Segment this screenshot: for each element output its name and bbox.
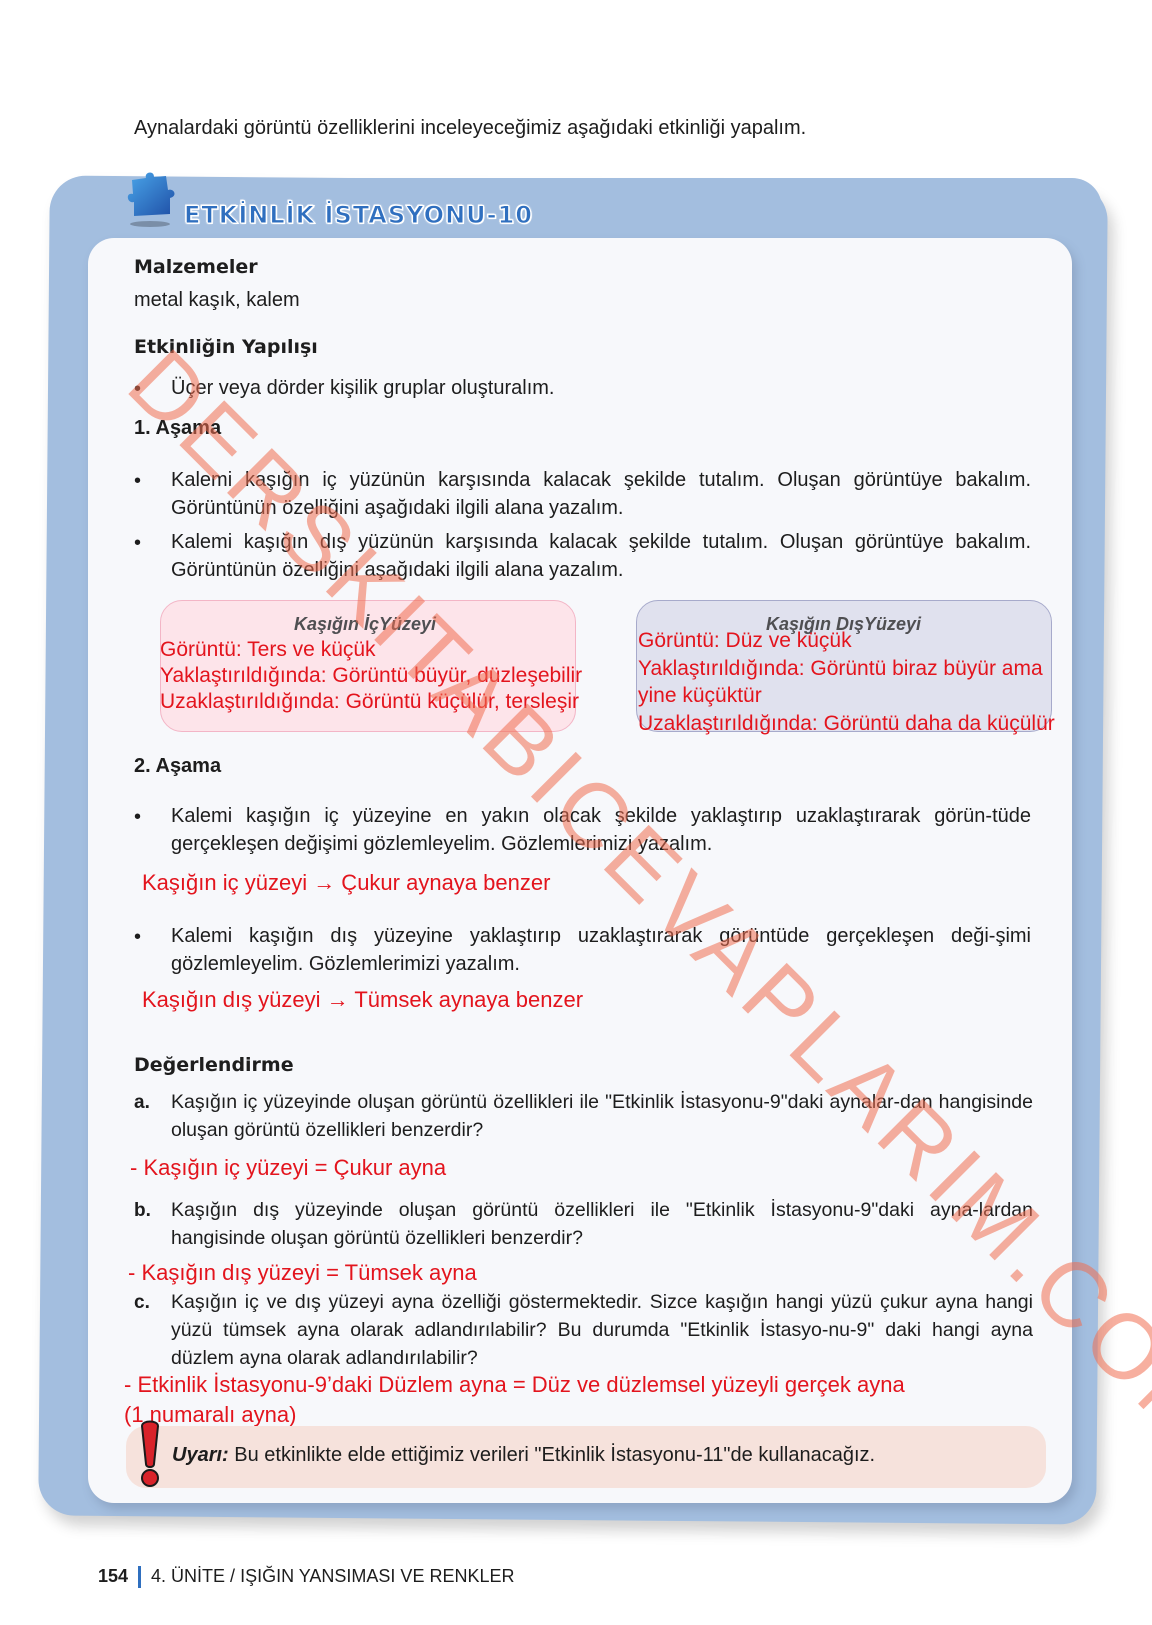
outer-answer-2: Yaklaştırıldığında: Görüntü biraz büyür … [638,656,1043,682]
bullet-dot: • [134,532,141,555]
outer-answer-4: Uzaklaştırıldığında: Görüntü daha da küç… [638,711,1055,737]
stage1-heading: 1. Aşama [134,414,221,442]
question-c-text: Kaşığın iç ve dış yüzeyi ayna özelliği g… [171,1288,1033,1372]
bullet-dot: • [134,378,141,401]
evaluation-heading: Değerlendirme [134,1054,294,1076]
question-a-answer: - Kaşığın iç yüzeyi = Çukur ayna [130,1155,446,1181]
station-title: ETKİNLİK İSTASYONU-10 [184,201,533,229]
bullet-dot: • [134,806,141,829]
stage2-bullet-1: Kalemi kaşığın iç yüzeyine en yakın olac… [171,802,1031,858]
question-a-letter: a. [134,1092,150,1114]
question-a-text: Kaşığın iç yüzeyinde oluşan görüntü özel… [171,1088,1033,1144]
procedure-bullet: Üçer veya dörder kişilik gruplar oluştur… [171,374,554,402]
question-b-letter: b. [134,1200,151,1222]
stage2-bullet-2: Kalemi kaşığın dış yüzeyine yaklaştırıp … [171,922,1031,978]
bullet-dot: • [134,470,141,493]
stage2-answer-2: Kaşığın dış yüzeyi → Tümsek aynaya benze… [142,987,583,1013]
warning-label: Uyarı: [172,1444,229,1466]
bullet-dot: • [134,926,141,949]
puzzle-piece-icon [124,170,180,228]
question-b-answer: - Kaşığın dış yüzeyi = Tümsek ayna [128,1260,477,1286]
stage2-heading: 2. Aşama [134,752,221,780]
page-footer: 1544. ÜNİTE / IŞIĞIN YANSIMASI VE RENKLE… [98,1566,514,1588]
warning-text: Uyarı: Bu etkinlikte elde ettiğimiz veri… [172,1444,875,1467]
inner-answer-2: Yaklaştırıldığında: Görüntü büyür, düzle… [160,663,582,689]
materials-text: metal kaşık, kalem [134,286,300,314]
intro-text: Aynalardaki görüntü özelliklerini incele… [134,117,806,140]
inner-answer-3: Uzaklaştırıldığında: Görüntü küçülür, te… [160,689,579,715]
outer-answer-1: Görüntü: Düz ve küçük [638,628,852,654]
stage1-bullet-2: Kalemi kaşığın dış yüzünün karşısında ka… [171,528,1031,584]
outer-answer-3: yine küçüktür [638,683,762,709]
stage2-answer-1: Kaşığın iç yüzeyi → Çukur aynaya benzer [142,870,550,896]
unit-title: 4. ÜNİTE / IŞIĞIN YANSIMASI VE RENKLER [151,1566,514,1586]
inner-answer-1: Görüntü: Ters ve küçük [160,637,376,663]
inner-surface-title: Kaşığın İçYüzeyi [294,614,436,635]
materials-heading: Malzemeler [134,256,258,278]
warning-message: Bu etkinlikte elde ettiğimiz verileri "E… [229,1444,875,1466]
footer-divider [138,1566,141,1588]
question-c-answer-1: - Etkinlik İstasyonu-9’daki Düzlem ayna … [124,1372,905,1398]
question-c-letter: c. [134,1292,150,1314]
page-number: 154 [98,1566,128,1586]
stage1-bullet-1: Kalemi kaşığın iç yüzünün karşısında kal… [171,466,1031,522]
procedure-heading: Etkinliğin Yapılışı [134,336,318,358]
question-b-text: Kaşığın dış yüzeyinde oluşan görüntü öze… [171,1196,1033,1252]
exclamation-icon [138,1420,162,1488]
